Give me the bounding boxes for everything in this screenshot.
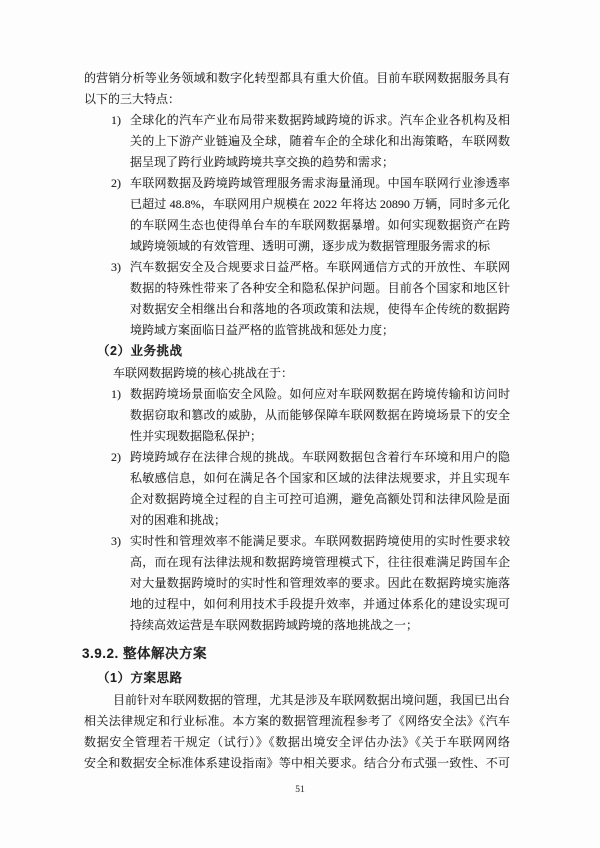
list-item-number: 1)	[111, 110, 121, 131]
text-line: 汽车数据安全及合规要求日益严格。车联网通信方式的开放性、车联网	[130, 257, 510, 278]
paragraph: 目前针对车联网数据的管理，尤其是涉及车联网数据出境问题，我国已出台相关法律规定和…	[84, 690, 510, 774]
text-line: 相关法律规定和行业标准。本方案的数据管理流程参考了《网络安全法》《汽车	[84, 711, 510, 732]
list-item: 1)数据跨境场景面临安全风险。如何应对车联网数据在跨境传输和访问时数据窃取和篡改…	[84, 384, 510, 447]
section-heading: 3.9.2. 整体解决方案	[82, 643, 510, 664]
list-item-text: 数据跨境场景面临安全风险。如何应对车联网数据在跨境传输和访问时数据窃取和篡改的威…	[130, 384, 510, 447]
text-line: 关的上下游产业链遍及全球，随着车企的全球化和出海策略，车联网数	[130, 131, 510, 152]
text-line: 全球化的汽车产业布局带来数据跨域跨境的诉求。汽车企业各机构及相	[130, 110, 510, 131]
subsection-heading: （1）方案思路	[84, 668, 510, 689]
text-line: 对数据安全相继出台和落地的各项政策和法规，使得车企传统的数据跨	[130, 299, 510, 320]
subsection-heading: （2）业务挑战	[84, 341, 510, 362]
list-item-number: 2)	[111, 447, 121, 468]
text-line: 跨境跨域存在法律合规的挑战。车联网数据包含着行车环境和用户的隐	[130, 447, 510, 468]
list-item: 1)全球化的汽车产业布局带来数据跨域跨境的诉求。汽车企业各机构及相关的上下游产业…	[84, 110, 510, 173]
text-line: 数据窃取和篡改的威胁，从而能够保障车联网数据在跨境场景下的安全	[130, 405, 510, 426]
text-line: 持续高效运营是车联网数据跨域跨境的落地挑战之一；	[130, 615, 510, 636]
text-line: 安全和数据安全标准体系建设指南》等中相关要求。结合分布式强一致性、不可	[84, 753, 510, 774]
text-line: 目前针对车联网数据的管理，尤其是涉及车联网数据出境问题，我国已出台	[84, 690, 510, 711]
text-line: 对的困难和挑战；	[130, 510, 510, 531]
page-number: 51	[0, 784, 600, 796]
text-line: 数据的特殊性带来了各种安全和隐私保护问题。目前各个国家和地区针	[130, 278, 510, 299]
text-line: 地的过程中，如何利用技术手段提升效率，并通过体系化的建设实现可	[130, 594, 510, 615]
page-body: 的营销分析等业务领域和数字化转型都具有重大价值。目前车联网数据服务具有以下的三大…	[84, 68, 510, 774]
text-line: 境跨域方案面临日益严格的监管挑战和惩处力度；	[130, 320, 510, 341]
text-line: 数据安全管理若干规定（试行）》《数据出境安全评估办法》《关于车联网网络	[84, 732, 510, 753]
text-line: 对大量数据跨境时的实时性和管理效率的要求。因此在数据跨境实施落	[130, 573, 510, 594]
text-line: 以下的三大特点：	[84, 89, 510, 110]
paragraph: 车联网数据跨境的核心挑战在于：	[84, 363, 510, 384]
list-item: 3)汽车数据安全及合规要求日益严格。车联网通信方式的开放性、车联网数据的特殊性带…	[84, 257, 510, 341]
list-item: 3)实时性和管理效率不能满足要求。车联网数据跨境使用的实时性要求较高，而在现有法…	[84, 531, 510, 636]
text-line: 的营销分析等业务领域和数字化转型都具有重大价值。目前车联网数据服务具有	[84, 68, 510, 89]
list-item-number: 1)	[111, 384, 121, 405]
text-line: 已超过 48.8%，车联网用户规模在 2022 年将达 20890 万辆，同时多…	[130, 194, 510, 215]
list-item-number: 3)	[111, 257, 121, 278]
list-item-number: 3)	[111, 531, 121, 552]
text-line: 车联网数据跨境的核心挑战在于：	[84, 363, 510, 384]
list-item-text: 跨境跨域存在法律合规的挑战。车联网数据包含着行车环境和用户的隐私敏感信息，如何在…	[130, 447, 510, 531]
text-line: 企对数据跨境全过程的自主可控可追溯，避免高额处罚和法律风险是面	[130, 489, 510, 510]
text-line: 性并实现数据隐私保护；	[130, 426, 510, 447]
list-item-text: 车联网数据及跨境跨域管理服务需求海量涌现。中国车联网行业渗透率已超过 48.8%…	[130, 173, 510, 257]
text-line: 域跨境领域的有效管理、透明可溯，逐步成为数据管理服务需求的标配；	[130, 236, 510, 257]
text-line: 数据跨境场景面临安全风险。如何应对车联网数据在跨境传输和访问时	[130, 384, 510, 405]
list-item-text: 汽车数据安全及合规要求日益严格。车联网通信方式的开放性、车联网数据的特殊性带来了…	[130, 257, 510, 341]
text-line: 车联网数据及跨境跨域管理服务需求海量涌现。中国车联网行业渗透率	[130, 173, 510, 194]
text-line: 的车联网生态也使得单台车的车联网数据暴增。如何实现数据资产在跨	[130, 215, 510, 236]
list-item: 2)车联网数据及跨境跨域管理服务需求海量涌现。中国车联网行业渗透率已超过 48.…	[84, 173, 510, 257]
list-item-text: 实时性和管理效率不能满足要求。车联网数据跨境使用的实时性要求较高，而在现有法律法…	[130, 531, 510, 636]
document-page: 的营销分析等业务领域和数字化转型都具有重大价值。目前车联网数据服务具有以下的三大…	[0, 0, 600, 848]
text-line: 私敏感信息，如何在满足各个国家和区域的法律法规要求，并且实现车	[130, 468, 510, 489]
list-item: 2)跨境跨域存在法律合规的挑战。车联网数据包含着行车环境和用户的隐私敏感信息，如…	[84, 447, 510, 531]
text-line: 实时性和管理效率不能满足要求。车联网数据跨境使用的实时性要求较	[130, 531, 510, 552]
list-item-text: 全球化的汽车产业布局带来数据跨域跨境的诉求。汽车企业各机构及相关的上下游产业链遍…	[130, 110, 510, 173]
paragraph: 的营销分析等业务领域和数字化转型都具有重大价值。目前车联网数据服务具有以下的三大…	[84, 68, 510, 110]
text-line: 据呈现了跨行业跨域跨境共享交换的趋势和需求；	[130, 152, 510, 173]
text-line: 高，而在现有法律法规和数据跨境管理模式下，往往很难满足跨国车企	[130, 552, 510, 573]
list-item-number: 2)	[111, 173, 121, 194]
